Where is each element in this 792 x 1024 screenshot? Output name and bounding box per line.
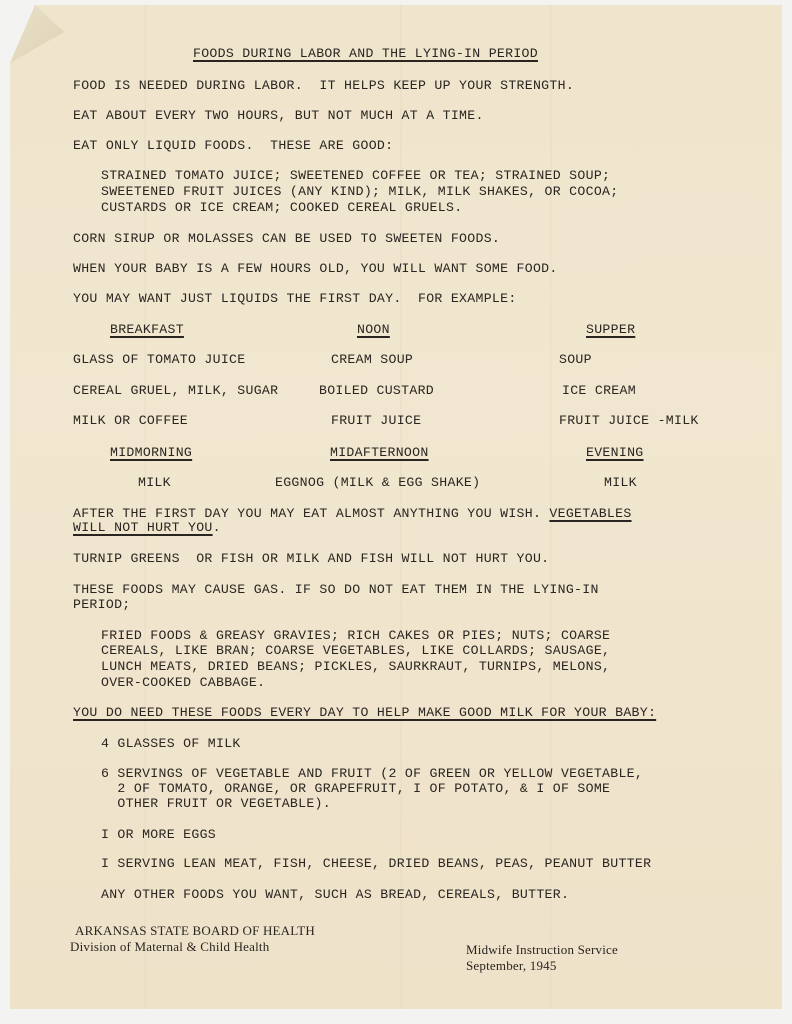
daily-food-item: I SERVING LEAN MEAT, FISH, CHEESE, DRIED… <box>101 857 651 871</box>
gas-food-line: FRIED FOODS & GREASY GRAVIES; RICH CAKES… <box>101 629 610 643</box>
liquid-foods-line: STRAINED TOMATO JUICE; SWEETENED COFFEE … <box>101 169 610 183</box>
snack-cell: EGGNOG (MILK & EGG SHAKE) <box>275 476 480 490</box>
sweeten-line: CORN SIRUP OR MOLASSES CAN BE USED TO SW… <box>73 232 500 246</box>
meal-cell: MILK OR COFFEE <box>73 414 188 428</box>
meal-cell: ICE CREAM <box>562 384 636 398</box>
snack-header-evening: EVENING <box>586 446 644 460</box>
org-name: ARKANSAS STATE BOARD OF HEALTH <box>75 924 315 938</box>
meal-cell: CREAM SOUP <box>331 353 413 367</box>
daily-food-item: 2 OF TOMATO, ORANGE, OR GRAPEFRUIT, I OF… <box>101 782 610 796</box>
liquid-foods-line: SWEETENED FRUIT JUICES (ANY KIND); MILK,… <box>101 185 618 199</box>
turnip-line: TURNIP GREENS OR FISH OR MILK AND FISH W… <box>73 552 549 566</box>
meal-header-noon: NOON <box>357 323 390 337</box>
example-line: YOU MAY WANT JUST LIQUIDS THE FIRST DAY.… <box>73 292 517 306</box>
intro-line: EAT ABOUT EVERY TWO HOURS, BUT NOT MUCH … <box>73 109 484 123</box>
after-first-day-line: AFTER THE FIRST DAY YOU MAY EAT ALMOST A… <box>73 507 632 521</box>
after-first-day-text: AFTER THE FIRST DAY YOU MAY EAT ALMOST A… <box>73 506 549 521</box>
after-first-day-line-2: WILL NOT HURT YOU. <box>73 521 221 535</box>
meal-header-breakfast: BREAKFAST <box>110 323 184 337</box>
meal-header-supper: SUPPER <box>586 323 635 337</box>
period: . <box>213 520 221 535</box>
document-title: FOODS DURING LABOR AND THE LYING-IN PERI… <box>193 47 538 61</box>
snack-header-midmorning: MIDMORNING <box>110 446 192 460</box>
snack-header-midafternoon: MIDAFTERNOON <box>330 446 429 460</box>
gas-food-line: LUNCH MEATS, DRIED BEANS; PICKLES, SAURK… <box>101 660 610 674</box>
meal-cell: BOILED CUSTARD <box>319 384 434 398</box>
daily-food-item: ANY OTHER FOODS YOU WANT, SUCH AS BREAD,… <box>101 888 569 902</box>
liquid-foods-line: CUSTARDS OR ICE CREAM; COOKED CEREAL GRU… <box>101 201 462 215</box>
daily-food-item: OTHER FRUIT OR VEGETABLE). <box>101 797 331 811</box>
meal-cell: FRUIT JUICE -MILK <box>559 414 699 428</box>
meal-cell: CEREAL GRUEL, MILK, SUGAR <box>73 384 278 398</box>
daily-foods-heading: YOU DO NEED THESE FOODS EVERY DAY TO HEL… <box>73 706 656 720</box>
will-not-hurt-emphasis: WILL NOT HURT YOU <box>73 520 213 535</box>
meal-cell: FRUIT JUICE <box>331 414 421 428</box>
vegetables-emphasis: VEGETABLES <box>549 506 631 521</box>
snack-cell: MILK <box>604 476 637 490</box>
meal-cell: GLASS OF TOMATO JUICE <box>73 353 246 367</box>
daily-food-item: 4 GLASSES OF MILK <box>101 737 241 751</box>
intro-line: FOOD IS NEEDED DURING LABOR. IT HELPS KE… <box>73 79 574 93</box>
service-name: Midwife Instruction Service <box>466 943 618 957</box>
baby-line: WHEN YOUR BABY IS A FEW HOURS OLD, YOU W… <box>73 262 558 276</box>
org-division: Division of Maternal & Child Health <box>70 940 269 954</box>
intro-line: EAT ONLY LIQUID FOODS. THESE ARE GOOD: <box>73 139 393 153</box>
meal-cell: SOUP <box>559 353 592 367</box>
snack-cell: MILK <box>138 476 171 490</box>
daily-food-item: 6 SERVINGS OF VEGETABLE AND FRUIT (2 OF … <box>101 767 643 781</box>
gas-food-line: OVER-COOKED CABBAGE. <box>101 676 265 690</box>
gas-line: PERIOD; <box>73 598 131 612</box>
document-date: September, 1945 <box>466 959 557 973</box>
daily-food-item: I OR MORE EGGS <box>101 828 216 842</box>
gas-food-line: CEREALS, LIKE BRAN; COARSE VEGETABLES, L… <box>101 644 610 658</box>
gas-line: THESE FOODS MAY CAUSE GAS. IF SO DO NOT … <box>73 583 599 597</box>
